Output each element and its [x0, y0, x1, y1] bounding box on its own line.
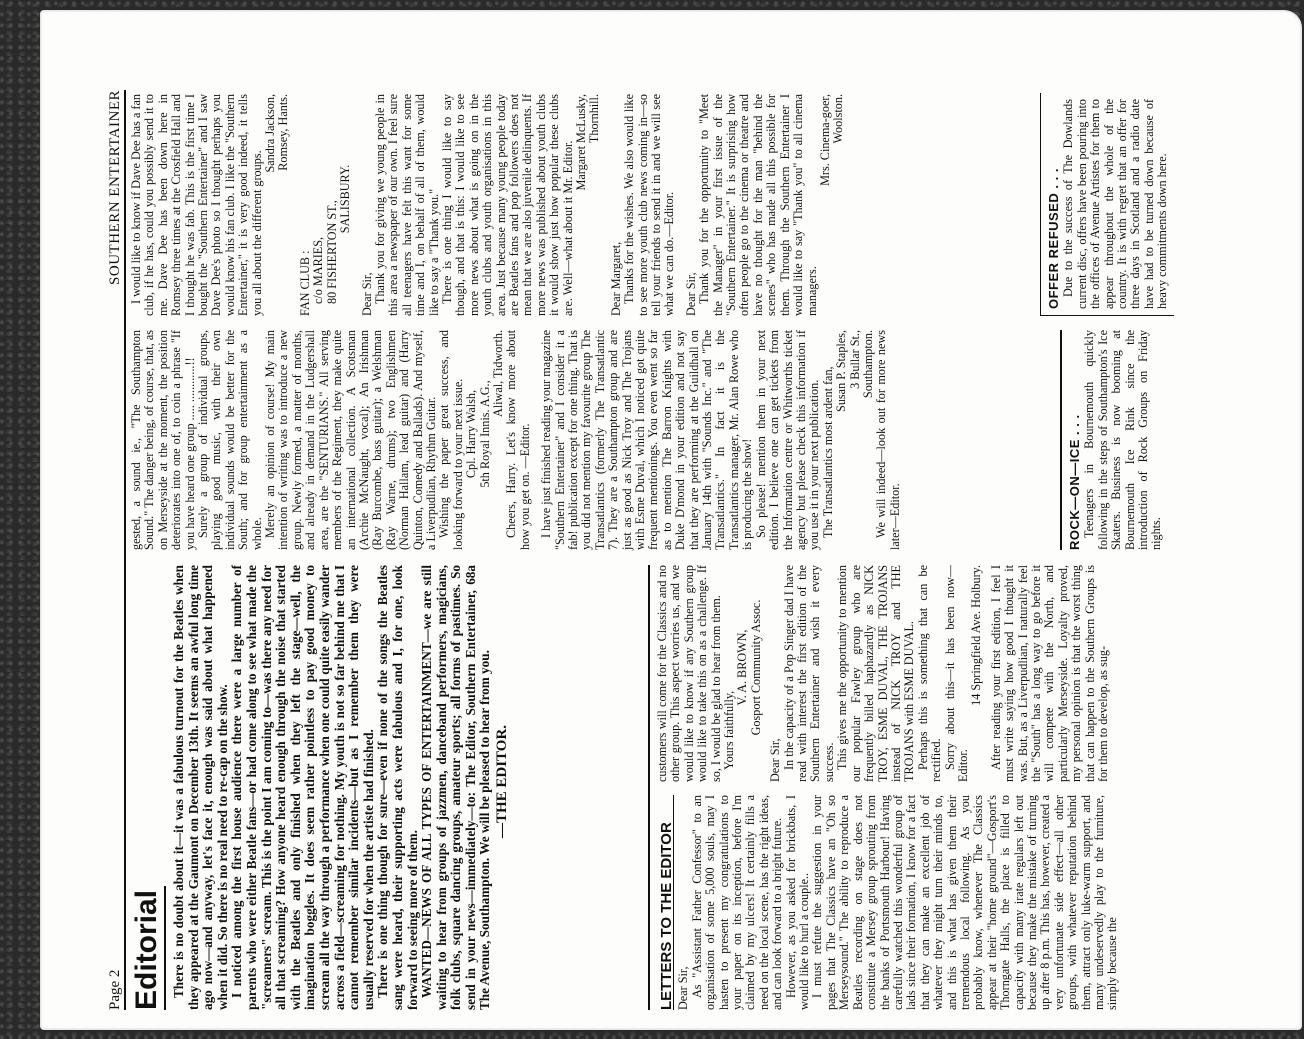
rock-on-ice-title: ROCK—ON—ICE . . . — [1068, 330, 1081, 550]
letter-text: However, as you asked for brickbats, I w… — [785, 795, 812, 1010]
letter-address: 5th Royal Innis. A.G., — [479, 330, 492, 550]
offer-refused-box: OFFER REFUSED . . . Due to the success o… — [1040, 93, 1174, 316]
letter-address: Romsey, Hants. — [277, 94, 290, 316]
editorial-paragraph: There is one thing though for sure—even … — [376, 565, 420, 1010]
letter-text: Thank you for the opportunity to "Meet t… — [698, 94, 819, 316]
editor-reply: Thanks for the wishes. We also would lik… — [623, 94, 677, 316]
editor-reply: We will indeed—look out for more news la… — [875, 330, 902, 550]
fan-club-address: 80 FISHERTON ST., — [326, 94, 339, 316]
letter-text: In the capacity of a Pop Singer dad I ha… — [783, 565, 837, 782]
letter-address: 14 Springfield Ave. Holbury. — [970, 565, 983, 782]
letter-address: Thornhill. — [588, 94, 601, 316]
editorial-title: Editorial — [130, 886, 166, 1010]
letter-text: As "Assistant Father Confessor" to an or… — [691, 795, 785, 1010]
rock-on-ice-section: ROCK—ON—ICE . . . Teenagers in Bournemou… — [1066, 330, 1164, 550]
fan-club-label: FAN CLUB : — [299, 94, 312, 316]
masthead: SOUTHERN ENTERTAINER — [109, 90, 122, 285]
editorial-divider — [648, 565, 650, 1010]
letter-text: There is one thing I would like to say t… — [441, 94, 575, 316]
letter-author: Margaret McLusky, — [575, 94, 588, 316]
letters-column-1: LETTERS TO THE EDITOR Dear Sir, As "Assi… — [656, 795, 1120, 1010]
letter-text: gested, a sound ie., "The Southampton So… — [130, 330, 197, 550]
letter-author: Mrs. Cinema-goer, — [819, 94, 832, 316]
letter-text: I would like to know if Dave Dee has a f… — [130, 94, 264, 316]
offer-refused-title: OFFER REFUSED . . . — [1047, 99, 1060, 309]
letter-author: Cpl. Harry Walsh, — [465, 330, 478, 550]
letter-text: So please! mention them in your next edi… — [755, 330, 822, 550]
letter-org: Gosport Community Assoc. — [750, 565, 763, 782]
rock-on-ice-body: Teenagers in Bournemouth quickly followi… — [1083, 330, 1163, 550]
editorial-signoff: —THE EDITOR. — [495, 565, 510, 1010]
letter-author: V. A. BROWN, — [736, 565, 749, 782]
letter-text: customers will come for the Classics and… — [656, 565, 723, 782]
letter-text: Thank you for giving we young people in … — [374, 94, 441, 316]
letter-salutation: Dear Margaret, — [610, 94, 623, 316]
letter-address: 3 Bullar St., — [849, 330, 862, 550]
editorial-section: Editorial There is no doubt about it—it … — [130, 565, 510, 1010]
letter-text: Dear Sir, — [677, 795, 690, 1010]
letter-signoff: Yours faithfully, — [723, 565, 736, 782]
letters-title: LETTERS TO THE EDITOR — [660, 795, 674, 1010]
letter-text: After reading your first edition, I feel… — [990, 565, 1111, 782]
scanned-newspaper-sheet: Page 2 SOUTHERN ENTERTAINER Editorial Th… — [40, 10, 1302, 1030]
fan-club-address: c/o MARIES, — [312, 94, 325, 316]
editorial-paragraph: I noticed among the first house audience… — [230, 565, 376, 1010]
letter-salutation: Dear Sir, — [769, 565, 782, 782]
offer-refused-body: Due to the success of The Dowlands curre… — [1062, 99, 1169, 309]
letter-text: The Transatlantics most ardent fan, — [822, 330, 835, 550]
editor-reply: Cheers, Harry. Let's know more about how… — [505, 330, 532, 550]
letter-author: Sandra Jackson, — [264, 94, 277, 316]
letter-text: This gives me the opportunity to mention… — [836, 565, 916, 782]
letter-address: Southampton. — [862, 330, 875, 550]
letter-text: Merely an opinion of course! My main int… — [264, 330, 438, 550]
letter-text: Surely a group of individual groups, pla… — [197, 330, 264, 550]
letter-text: I must refute the suggestion in your pag… — [811, 795, 1119, 1010]
letter-address: Woolston. — [832, 94, 845, 316]
editorial-paragraph: WANTED—NEWS OF ALL TYPES OF ENTERTAINMEN… — [420, 565, 493, 1010]
letters-column-2: customers will come for the Classics and… — [656, 565, 1110, 782]
rock-on-ice-divider — [1060, 330, 1062, 550]
newspaper-page: Page 2 SOUTHERN ENTERTAINER Editorial Th… — [100, 90, 1300, 1010]
letter-address: Aliwal, Tidworth. — [492, 330, 505, 550]
letters-column-3: gested, a sound ie., "The Southampton So… — [130, 330, 902, 550]
page-header: Page 2 SOUTHERN ENTERTAINER — [100, 90, 126, 1010]
letter-text: Perhaps this is something that can be re… — [917, 565, 944, 782]
fan-club-address: SALISBURY. — [339, 94, 352, 316]
letter-text: Wishing the paper great success, and loo… — [438, 330, 465, 550]
letter-text: I have just finished reading your magazi… — [540, 330, 755, 550]
editorial-paragraph: There is no doubt about it—it was a fabu… — [172, 565, 230, 1010]
letter-author: Susan P. Staples, — [835, 330, 848, 550]
letters-column-4: I would like to know if Dave Dee has a f… — [130, 94, 846, 316]
letter-salutation: Dear Sir, — [361, 94, 374, 316]
letter-salutation: Dear Sir, — [685, 94, 698, 316]
editor-reply: Sorry about this—it has been now—Editor. — [944, 565, 971, 782]
page-number: Page 2 — [109, 970, 122, 1010]
